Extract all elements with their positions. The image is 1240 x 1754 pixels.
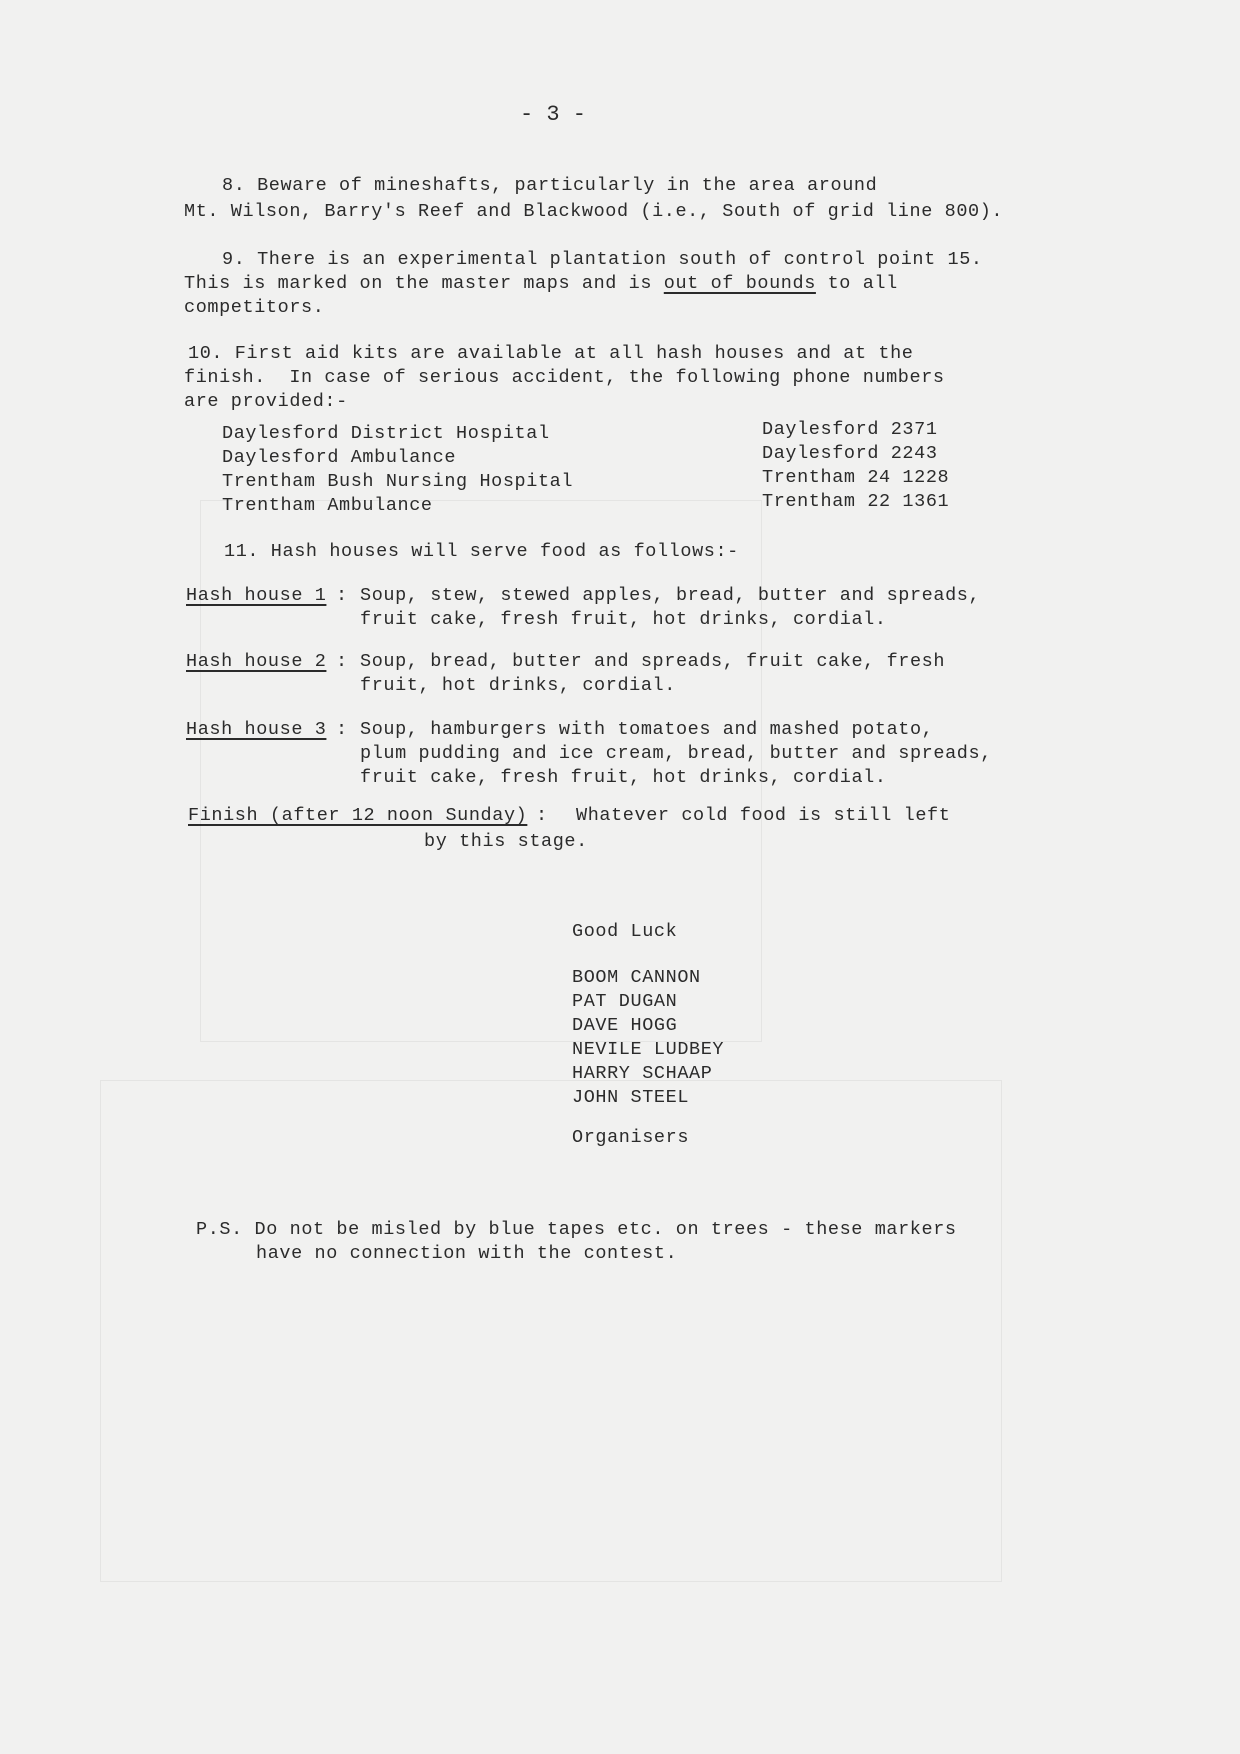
ps-line2: have no connection with the contest.	[256, 1242, 677, 1266]
colon: :	[336, 718, 348, 742]
hash-house-1-menu: Soup, stew, stewed apples, bread, butter…	[360, 584, 980, 608]
contact-name: Trentham Ambulance	[222, 494, 433, 518]
contact-name: Daylesford District Hospital	[222, 422, 550, 446]
item9-line2: This is marked on the master maps and is…	[184, 272, 898, 296]
contact-name: Daylesford Ambulance	[222, 446, 456, 470]
organiser-name: PAT DUGAN	[572, 990, 677, 1014]
bleed-through-grid	[100, 1080, 1002, 1582]
item8-line1: 8. Beware of mineshafts, particularly in…	[222, 174, 877, 198]
item9-text: This is marked on the master maps and is	[184, 273, 664, 294]
hash-house-2-label: Hash house 2	[186, 650, 326, 674]
contact-phone: Daylesford 2243	[762, 442, 938, 466]
hash-house-1-menu: fruit cake, fresh fruit, hot drinks, cor…	[360, 608, 887, 632]
item10-line3: are provided:-	[184, 390, 348, 414]
colon: :	[336, 584, 348, 608]
finish-label: Finish (after 12 noon Sunday)	[188, 804, 527, 828]
hash-house-2-menu: fruit, hot drinks, cordial.	[360, 674, 676, 698]
hash-house-2-menu: Soup, bread, butter and spreads, fruit c…	[360, 650, 945, 674]
contact-phone: Trentham 24 1228	[762, 466, 949, 490]
out-of-bounds-emphasis: out of bounds	[664, 273, 816, 294]
colon: :	[536, 804, 548, 828]
item10-line2: finish. In case of serious accident, the…	[184, 366, 945, 390]
contact-phone: Daylesford 2371	[762, 418, 938, 442]
item11-intro: 11. Hash houses will serve food as follo…	[224, 540, 739, 564]
organiser-name: JOHN STEEL	[572, 1086, 689, 1110]
hash-house-3-menu: fruit cake, fresh fruit, hot drinks, cor…	[360, 766, 887, 790]
good-luck: Good Luck	[572, 920, 677, 944]
organiser-name: BOOM CANNON	[572, 966, 701, 990]
item9-line3: competitors.	[184, 296, 324, 320]
organiser-name: NEVILE LUDBEY	[572, 1038, 724, 1062]
colon: :	[336, 650, 348, 674]
hash-house-3-menu: Soup, hamburgers with tomatoes and mashe…	[360, 718, 933, 742]
item9-line1: 9. There is an experimental plantation s…	[222, 248, 983, 272]
contact-name: Trentham Bush Nursing Hospital	[222, 470, 573, 494]
organiser-name: DAVE HOGG	[572, 1014, 677, 1038]
ps-line1: P.S. Do not be misled by blue tapes etc.…	[196, 1218, 957, 1242]
hash-house-1-label: Hash house 1	[186, 584, 326, 608]
finish-menu: by this stage.	[424, 830, 588, 854]
finish-menu: Whatever cold food is still left	[576, 804, 950, 828]
item9-text-end: to all	[816, 273, 898, 294]
item10-line1: 10. First aid kits are available at all …	[188, 342, 914, 366]
hash-house-3-label: Hash house 3	[186, 718, 326, 742]
contact-phone: Trentham 22 1361	[762, 490, 949, 514]
organiser-name: HARRY SCHAAP	[572, 1062, 712, 1086]
organisers-role: Organisers	[572, 1126, 689, 1150]
page-number: - 3 -	[520, 102, 586, 127]
hash-house-3-menu: plum pudding and ice cream, bread, butte…	[360, 742, 992, 766]
item8-line2: Mt. Wilson, Barry's Reef and Blackwood (…	[184, 200, 1003, 224]
